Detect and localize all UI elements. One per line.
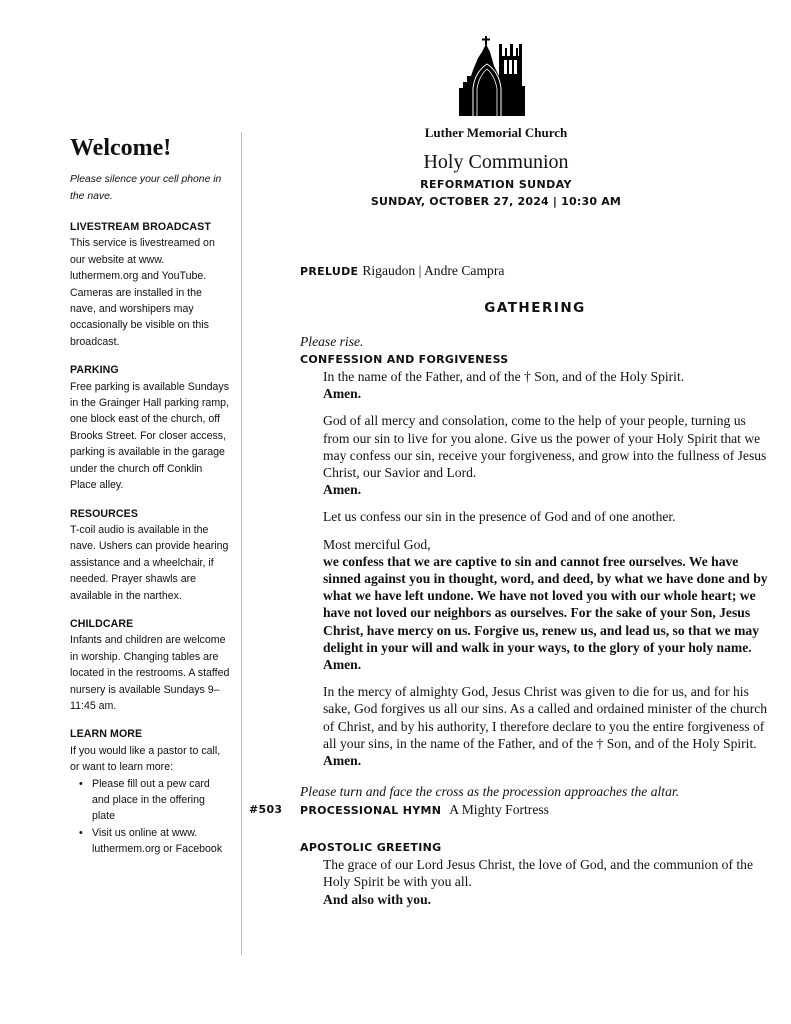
resources-section: RESOURCES T-coil audio is available in t… [70,506,230,604]
greeting-heading: APOSTOLIC GREETING [300,839,770,856]
section-heading: PARKING [70,362,230,378]
greeting-response: And also with you. [323,891,770,908]
invocation-text: In the name of the Father, and of the † … [323,369,684,384]
parking-section: PARKING Free parking is available Sunday… [70,362,230,493]
hymn-number: #503 [249,801,282,819]
church-name: Luther Memorial Church [242,124,750,142]
absolution-text: In the mercy of almighty God, Jesus Chri… [323,684,767,751]
welcome-sidebar: Welcome! Please silence your cell phone … [70,134,230,870]
invocation: In the name of the Father, and of the † … [323,368,770,402]
occasion-label: REFORMATION SUNDAY [242,177,750,193]
bullet-icon: • [79,825,83,841]
welcome-title: Welcome! [70,134,230,162]
prelude-piece: Rigaudon | Andre Campra [362,263,504,278]
hymn-label: PROCESSIONAL HYMN [300,804,441,817]
confession-text: we confess that we are captive to sin an… [323,554,768,655]
section-text: This service is livestreamed on our webs… [70,235,230,350]
confession-opening: Most merciful God, [323,536,770,553]
section-heading: LEARN MORE [70,726,230,742]
confession-prayer: Most merciful God, we confess that we ar… [323,536,770,674]
learn-more-section: LEARN MORE If you would like a pastor to… [70,726,230,857]
procession-instruction: Please turn and face the cross as the pr… [300,783,770,801]
confession-heading: CONFESSION AND FORGIVENESS [300,351,770,368]
service-date-time: SUNDAY, OCTOBER 27, 2024 | 10:30 AM [242,194,750,210]
service-title: Holy Communion [242,150,750,174]
absolution-response: Amen. [323,752,770,769]
silence-phone-note: Please silence your cell phone in the na… [70,172,230,205]
column-divider [241,132,242,955]
section-heading: RESOURCES [70,506,230,522]
invocation-response: Amen. [323,385,770,402]
list-item: •Please fill out a pew card and place in… [92,776,230,825]
list-item-text: Please fill out a pew card and place in … [92,778,210,823]
hymn-title: A Mighty Fortress [449,802,549,817]
livestream-section: LIVESTREAM BROADCAST This service is liv… [70,219,230,350]
bullet-icon: • [79,776,83,792]
section-title-gathering: GATHERING [300,299,770,317]
confession-body: In the name of the Father, and of the † … [323,368,770,769]
absolution: In the mercy of almighty God, Jesus Chri… [323,683,770,769]
invitation: Let us confess our sin in the presence o… [323,508,770,525]
list-item: •Visit us online at www. luthermem.org o… [92,825,230,858]
section-text: Infants and children are welcome in wors… [70,632,230,714]
prayer-response: Amen. [323,481,770,498]
section-heading: CHILDCARE [70,616,230,632]
section-text: If you would like a pastor to call, or w… [70,743,230,776]
rise-instruction: Please rise. [300,333,770,351]
greeting-text: The grace of our Lord Jesus Christ, the … [323,857,753,889]
section-heading: LIVESTREAM BROADCAST [70,219,230,235]
prayer-text: God of all mercy and consolation, come t… [323,413,766,480]
confession-response: Amen. [323,656,770,673]
liturgy-content: PRELUDE Rigaudon | Andre Campra GATHERIN… [300,262,770,918]
church-building-icon [459,36,533,116]
greeting: The grace of our Lord Jesus Christ, the … [323,856,770,908]
prelude-label: PRELUDE [300,265,358,278]
prelude-line: PRELUDE Rigaudon | Andre Campra [300,262,770,281]
list-item-text: Visit us online at www. luthermem.org or… [92,827,222,855]
processional-hymn: #503 PROCESSIONAL HYMN A Mighty Fortress [300,801,770,820]
greeting-body: The grace of our Lord Jesus Christ, the … [323,856,770,908]
section-text: T-coil audio is available in the nave. U… [70,522,230,604]
learn-more-list: •Please fill out a pew card and place in… [70,776,230,858]
childcare-section: CHILDCARE Infants and children are welco… [70,616,230,714]
section-text: Free parking is available Sundays in the… [70,379,230,494]
opening-prayer: God of all mercy and consolation, come t… [323,412,770,498]
